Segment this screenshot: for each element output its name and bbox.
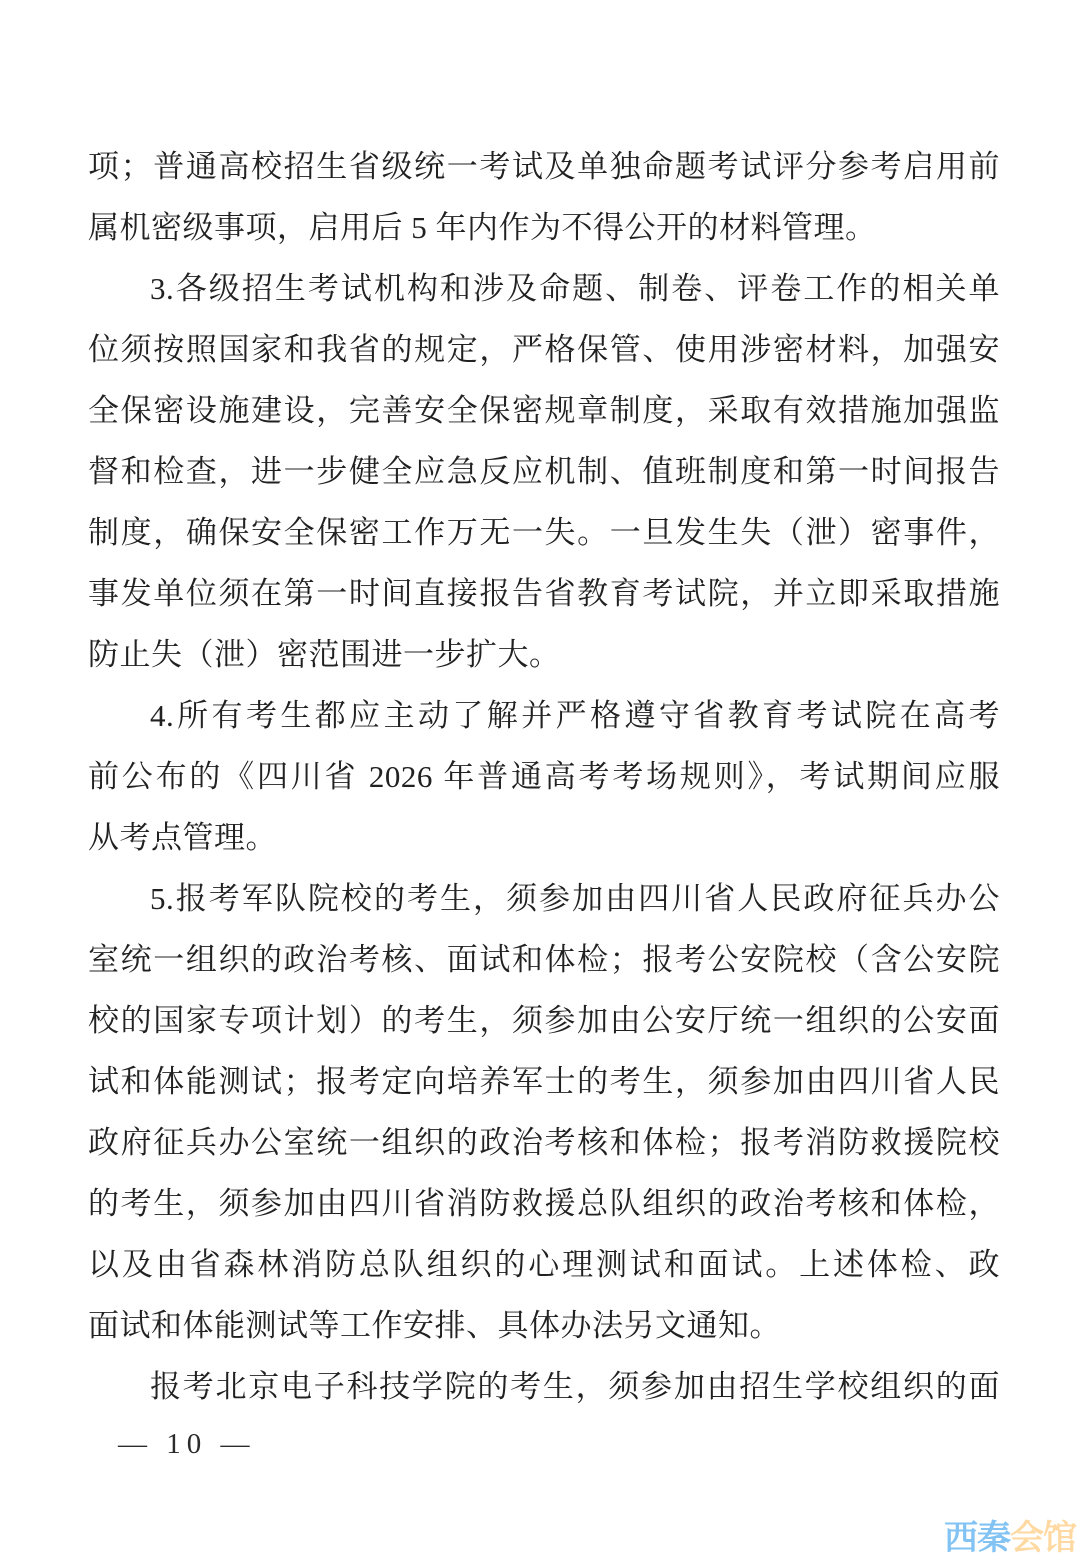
text-line: 室统一组织的政治考核、面试和体检；报考公安院校（含公安院 bbox=[88, 929, 1000, 990]
document-page: 项；普通高校招生省级统一考试及单独命题考试评分参考启用前属机密级事项，启用后 5… bbox=[0, 0, 1080, 1556]
text-line: 的考生，须参加由四川省消防救援总队组织的政治考核和体检， bbox=[88, 1173, 1000, 1234]
text-line: 以及由省森林消防总队组织的心理测试和面试。上述体检、政考、 bbox=[88, 1234, 1000, 1295]
document-body: 项；普通高校招生省级统一考试及单独命题考试评分参考启用前属机密级事项，启用后 5… bbox=[88, 136, 1000, 1417]
text-line: 5.报考军队院校的考生，须参加由四川省人民政府征兵办公 bbox=[88, 868, 1000, 929]
text-line: 3.各级招生考试机构和涉及命题、制卷、评卷工作的相关单 bbox=[88, 258, 1000, 319]
text-line: 面试和体能测试等工作安排、具体办法另文通知。 bbox=[88, 1295, 1000, 1356]
text-line: 项；普通高校招生省级统一考试及单独命题考试评分参考启用前 bbox=[88, 136, 1000, 197]
text-line: 报考北京电子科技学院的考生，须参加由招生学校组织的面 bbox=[88, 1356, 1000, 1417]
text-line: 位须按照国家和我省的规定，严格保管、使用涉密材料，加强安 bbox=[88, 319, 1000, 380]
watermark-part1: 西秦 bbox=[944, 1519, 1010, 1556]
text-line: 属机密级事项，启用后 5 年内作为不得公开的材料管理。 bbox=[88, 197, 1000, 258]
page-number: — 10 — bbox=[118, 1428, 256, 1461]
text-line: 督和检查，进一步健全应急反应机制、值班制度和第一时间报告 bbox=[88, 441, 1000, 502]
text-line: 全保密设施建设，完善安全保密规章制度，采取有效措施加强监 bbox=[88, 380, 1000, 441]
text-line: 试和体能测试；报考定向培养军士的考生，须参加由四川省人民 bbox=[88, 1051, 1000, 1112]
watermark-part2: 会馆 bbox=[1010, 1519, 1076, 1556]
text-line: 从考点管理。 bbox=[88, 807, 1000, 868]
watermark: 西秦会馆 bbox=[944, 1510, 1076, 1556]
text-line: 政府征兵办公室统一组织的政治考核和体检；报考消防救援院校 bbox=[88, 1112, 1000, 1173]
text-line: 4.所有考生都应主动了解并严格遵守省教育考试院在高考 bbox=[88, 685, 1000, 746]
text-line: 制度，确保安全保密工作万无一失。一旦发生失（泄）密事件， bbox=[88, 502, 1000, 563]
text-line: 校的国家专项计划）的考生，须参加由公安厅统一组织的公安面 bbox=[88, 990, 1000, 1051]
text-line: 防止失（泄）密范围进一步扩大。 bbox=[88, 624, 1000, 685]
text-line: 前公布的《四川省 2026 年普通高考考场规则》，考试期间应服 bbox=[88, 746, 1000, 807]
text-line: 事发单位须在第一时间直接报告省教育考试院，并立即采取措施 bbox=[88, 563, 1000, 624]
